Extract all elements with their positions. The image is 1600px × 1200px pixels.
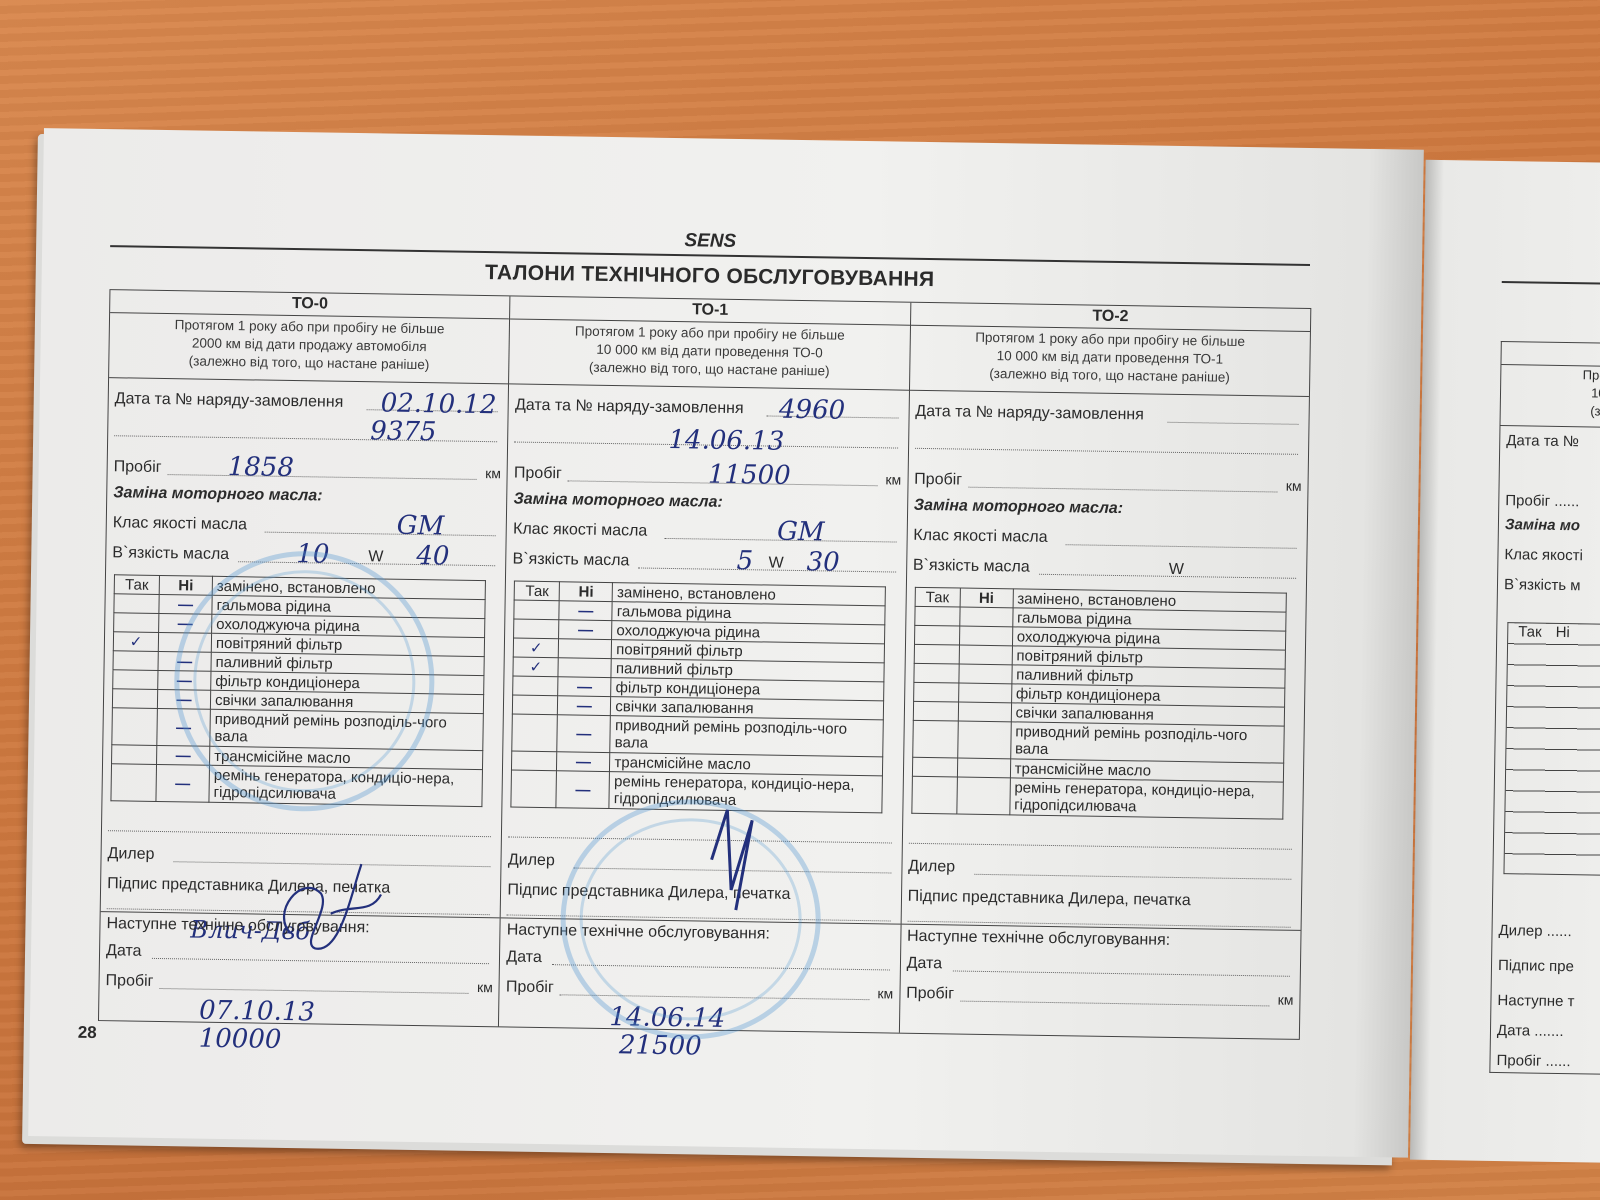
hw-order-number: 9375 xyxy=(370,418,437,445)
coupon-body: Дата та № наряду-замовленняПробігкмЗамін… xyxy=(900,397,1309,1015)
yes-cell[interactable] xyxy=(112,745,157,765)
dotted-line xyxy=(1039,574,1296,579)
yes-cell[interactable]: ✓ xyxy=(514,638,559,658)
field-label: В`язкість масла xyxy=(512,551,629,570)
no-cell[interactable]: — xyxy=(559,620,612,640)
no-cell[interactable]: — xyxy=(558,696,611,716)
field-label: Дата xyxy=(106,942,142,960)
service-checklist: ТакНізамінено, встановленогальмова рідин… xyxy=(911,587,1287,820)
field-label: Клас якості масла xyxy=(113,514,247,533)
no-cell[interactable] xyxy=(959,607,1012,627)
signature-text: Підпис представника Дилера, печатка xyxy=(908,888,1191,909)
fragment-line: Дата та № xyxy=(1506,432,1579,450)
signature-scrawl xyxy=(260,853,402,970)
field-label: Пробіг xyxy=(114,458,162,476)
dotted-line xyxy=(638,567,895,572)
yes-cell[interactable] xyxy=(914,663,959,683)
fragment-table: ТакНі xyxy=(1503,622,1600,877)
coupon-description: Протягом 1 року або при пробігу не більш… xyxy=(109,313,509,384)
fragment-line: Наступне т xyxy=(1497,992,1574,1010)
yes-cell[interactable] xyxy=(913,682,958,702)
hw-next-mileage: 10000 xyxy=(199,1026,282,1053)
yes-cell[interactable]: ✓ xyxy=(113,632,158,652)
dotted-line xyxy=(1167,422,1298,425)
km-unit: км xyxy=(477,972,493,1002)
w-label: W xyxy=(368,542,384,572)
yes-cell[interactable] xyxy=(112,689,157,709)
field-label: Пробіг xyxy=(105,972,153,990)
fragment-line: Підпис пре xyxy=(1498,957,1574,975)
field-label: Дата та № наряду-замовлення xyxy=(515,397,744,418)
yes-cell[interactable] xyxy=(512,751,557,771)
hw-viscosity-w: 5 xyxy=(736,548,753,574)
yes-cell[interactable] xyxy=(513,676,558,696)
km-unit: км xyxy=(877,978,893,1008)
hw-order-number: 14.06.13 xyxy=(668,427,784,455)
dotted-line xyxy=(108,830,491,837)
no-cell[interactable] xyxy=(958,683,1011,703)
field-label: Дата та № наряду-замовлення xyxy=(115,390,344,411)
yes-cell[interactable] xyxy=(111,764,157,802)
hw-mileage: 1858 xyxy=(227,454,294,481)
viscosity-field[interactable]: В`язкість маслаW xyxy=(907,551,1307,587)
no-cell[interactable] xyxy=(558,658,611,678)
dotted-line xyxy=(968,487,1277,493)
dotted-line xyxy=(114,435,497,442)
no-cell[interactable]: — xyxy=(558,677,611,697)
yes-cell[interactable] xyxy=(514,619,559,639)
field-label: Дата xyxy=(506,948,542,966)
order-number-line-2[interactable] xyxy=(909,427,1309,463)
no-cell[interactable] xyxy=(957,758,1010,778)
left-page: SENS ТАЛОНИ ТЕХНІЧНОГО ОБСЛУГОВУВАННЯ ТО… xyxy=(28,128,1424,1158)
checklist-row: —приводний ремінь розподіль-чого вала xyxy=(512,714,884,757)
dotted-line xyxy=(974,874,1291,880)
yes-cell[interactable] xyxy=(112,708,158,746)
no-header: Ні xyxy=(960,588,1013,608)
hw-oil-class: GM xyxy=(397,513,445,540)
dotted-line xyxy=(159,988,468,994)
yes-cell[interactable] xyxy=(914,644,959,664)
dotted-line xyxy=(909,843,1292,850)
field-label: Дилер xyxy=(107,845,154,863)
fragment-head xyxy=(1501,342,1600,368)
dotted-line xyxy=(953,970,1290,976)
page-number: 28 xyxy=(78,1023,97,1043)
fragment-yes: Так xyxy=(1518,623,1542,640)
next-mileage-field[interactable]: Пробігкм xyxy=(900,979,1300,1015)
field-label: Клас якості масла xyxy=(513,521,647,540)
no-header: Ні xyxy=(159,575,212,595)
km-unit: км xyxy=(485,458,501,488)
field-label: Дата та № наряду-замовлення xyxy=(915,403,1144,424)
hw-viscosity-after: 30 xyxy=(806,549,839,576)
no-header: Ні xyxy=(559,582,612,602)
coupon-0: ТО-0Протягом 1 року або при пробігу не б… xyxy=(99,290,511,1026)
no-cell[interactable]: — xyxy=(156,764,210,802)
field-label: В`язкість масла xyxy=(112,544,229,563)
fragment-line: Дилер ...... xyxy=(1498,922,1571,940)
fragment-line: Дата ....... xyxy=(1497,1022,1564,1040)
hw-mileage: 11500 xyxy=(708,462,791,489)
item-label: приводний ремінь розподіль-чого вала xyxy=(1010,722,1284,763)
coupon-description: Протягом 1 року або при пробігу не більш… xyxy=(910,326,1310,397)
yes-cell[interactable] xyxy=(914,606,959,626)
hw-oil-class: GM xyxy=(777,519,825,546)
dotted-line xyxy=(168,474,477,480)
no-cell[interactable] xyxy=(559,639,612,659)
yes-cell[interactable] xyxy=(511,770,557,808)
yes-cell[interactable] xyxy=(913,701,958,721)
coupon-description: Протягом 1 року або при пробігу не більш… xyxy=(509,319,909,390)
signature-scrawl xyxy=(691,799,773,925)
service-booklet: SENS ТАЛОНИ ТЕХНІЧНОГО ОБСЛУГОВУВАННЯ ТО… xyxy=(22,128,1600,1173)
yes-cell[interactable] xyxy=(912,720,958,758)
no-cell[interactable]: — xyxy=(559,601,612,621)
yes-cell[interactable]: ✓ xyxy=(513,657,558,677)
field-label: Дилер xyxy=(908,858,955,876)
no-cell[interactable] xyxy=(959,664,1012,684)
item-label: ремінь генератора, кондиціо-нера, гідроп… xyxy=(1009,778,1283,819)
mileage-field[interactable]: Пробігкм xyxy=(107,452,507,488)
yes-cell[interactable] xyxy=(113,670,158,690)
hw-viscosity-after: 40 xyxy=(416,543,449,570)
item-label: приводний ремінь розподіль-чого вала xyxy=(610,716,884,757)
km-unit: км xyxy=(1286,471,1302,501)
field-label: Пробіг xyxy=(914,471,962,489)
yes-cell[interactable] xyxy=(113,651,158,671)
yes-cell[interactable] xyxy=(512,714,558,752)
yes-cell[interactable] xyxy=(514,600,559,620)
fragment-line: Заміна мо xyxy=(1505,516,1580,534)
yes-cell[interactable] xyxy=(912,757,957,777)
coupon-1: ТО-1Протягом 1 року або при пробігу не б… xyxy=(499,296,911,1032)
hw-order-date: 4960 xyxy=(779,397,846,424)
no-cell[interactable]: — xyxy=(557,752,610,772)
w-label: W xyxy=(1169,555,1185,585)
yes-cell[interactable] xyxy=(911,776,957,814)
hw-next-date: 07.10.13 xyxy=(199,998,315,1026)
coupon-grid: ТО-0Протягом 1 року або при пробігу не б… xyxy=(98,289,1311,1040)
no-cell[interactable] xyxy=(956,777,1010,815)
fragment-rule xyxy=(1502,281,1600,286)
yes-header: Так xyxy=(514,581,559,601)
no-cell[interactable] xyxy=(957,721,1011,759)
field-label: В`язкість масла xyxy=(913,557,1030,576)
yes-cell[interactable] xyxy=(114,594,159,614)
fragment-line: Пробіг ...... xyxy=(1505,492,1579,510)
yes-header: Так xyxy=(915,587,960,607)
field-label: Пробіг xyxy=(506,978,554,996)
field-label: Дилер xyxy=(508,851,555,869)
service-checklist: ТакНізамінено, встановлено—гальмова ріди… xyxy=(511,581,887,814)
fragment-line: Пробіг ...... xyxy=(1496,1052,1570,1070)
km-unit: км xyxy=(1277,985,1293,1015)
mileage-field[interactable]: Пробігкм xyxy=(908,465,1308,501)
field-label: Пробіг xyxy=(514,465,562,483)
fragment-no: Ні xyxy=(1556,624,1570,641)
dotted-line xyxy=(265,532,496,537)
viscosity-field[interactable]: В`язкість маслаW xyxy=(506,544,906,580)
field-label: Дата xyxy=(907,955,943,973)
dotted-line xyxy=(960,1001,1269,1007)
next-service-text: Наступне технічне обслуговування: xyxy=(907,928,1170,949)
yes-cell[interactable] xyxy=(114,613,159,633)
right-page-fragment: Протягом10 000(залежДата та №Пробіг ....… xyxy=(1410,160,1600,1163)
no-cell[interactable] xyxy=(958,702,1011,722)
yes-cell[interactable] xyxy=(914,625,959,645)
fragment-coupon: Протягом10 000(залежДата та №Пробіг ....… xyxy=(1489,341,1600,1076)
coupon-2: ТО-2Протягом 1 року або при пробігу не б… xyxy=(900,303,1311,1039)
dotted-line xyxy=(1065,544,1296,549)
no-cell[interactable] xyxy=(959,626,1012,646)
dotted-line xyxy=(915,448,1298,455)
field-label: Пробіг xyxy=(906,985,954,1003)
field-label: Клас якості масла xyxy=(913,527,1047,546)
fragment-line: В`язкість м xyxy=(1504,576,1581,594)
no-cell[interactable]: — xyxy=(556,771,610,809)
w-label: W xyxy=(768,549,784,579)
fragment-desc: Протягом10 000(залеж xyxy=(1500,365,1600,429)
no-cell[interactable]: — xyxy=(557,715,611,753)
hw-order-date: 02.10.12 xyxy=(381,390,497,418)
yes-header: Так xyxy=(114,575,159,595)
no-cell[interactable] xyxy=(959,645,1012,665)
order-number-line-2[interactable] xyxy=(108,414,508,450)
km-unit: км xyxy=(885,464,901,494)
checklist-row: приводний ремінь розподіль-чого вала xyxy=(912,720,1284,763)
checklist-row: ремінь генератора, кондиціо-нера, гідроп… xyxy=(911,776,1283,819)
fragment-desc-line: (залеж xyxy=(1521,401,1600,422)
fragment-line: Клас якості xyxy=(1504,546,1583,564)
yes-cell[interactable] xyxy=(513,695,558,715)
